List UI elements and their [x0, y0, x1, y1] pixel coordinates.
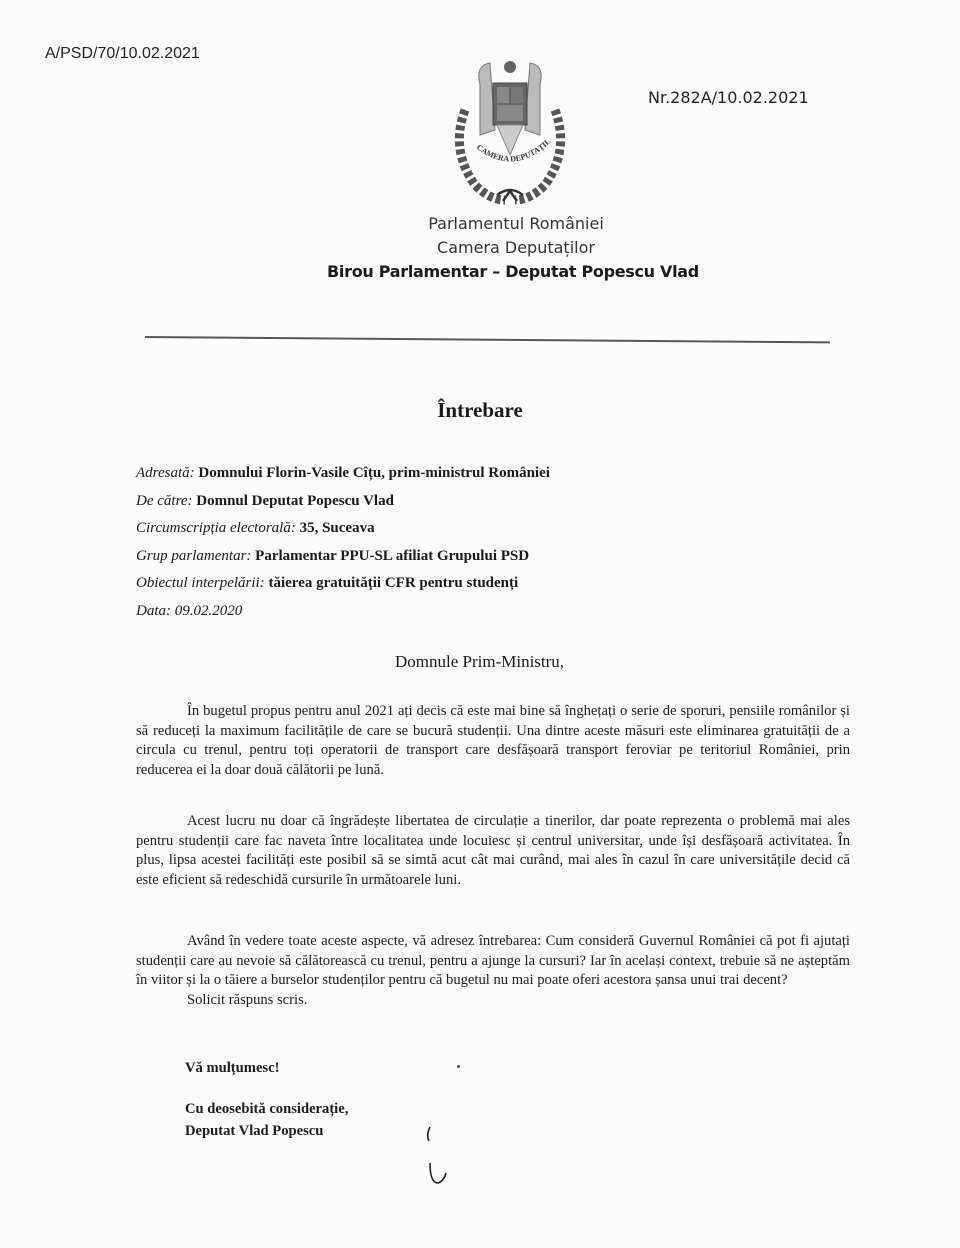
document-title: Întrebare — [0, 398, 960, 423]
document-page: A/PSD/70/10.02.2021 Nr.282A/10.02.2021 C… — [0, 0, 960, 1248]
handwritten-signature-icon — [418, 1115, 458, 1195]
body-paragraph: Având în vedere toate aceste aspecte, vă… — [136, 932, 850, 1010]
letterhead-chamber: Camera Deputaților — [232, 236, 800, 260]
letterhead: Parlamentul României Camera Deputaților … — [300, 212, 800, 284]
written-response-request: Solicit răspuns scris. — [136, 991, 850, 1011]
closing-formula: Cu deosebită considerație, — [185, 1098, 348, 1120]
letterhead-parliament: Parlamentul României — [232, 212, 800, 236]
meta-row-date: Data: 09.02.2020 — [136, 598, 550, 626]
registration-number-left: A/PSD/70/10.02.2021 — [45, 45, 200, 63]
ink-dot — [457, 1065, 460, 1068]
meta-row-group: Grup parlamentar: Parlamentar PPU-SL afi… — [136, 543, 550, 571]
signatory-name: Deputat Vlad Popescu — [185, 1120, 348, 1142]
meta-row-addressee: Adresată: Domnului Florin-Vasile Cîțu, p… — [136, 460, 550, 488]
meta-row-constituency: Circumscripția electorală: 35, Suceava — [136, 515, 550, 543]
camera-deputatilor-crest-icon: CAMERA DEPUTAȚILOR — [445, 55, 575, 210]
header-divider — [145, 336, 830, 343]
body-paragraph: În bugetul propus pentru anul 2021 ați d… — [136, 702, 850, 780]
body-paragraph: Acest lucru nu doar că îngrădește libert… — [136, 812, 850, 890]
question-metadata: Adresată: Domnului Florin-Vasile Cîțu, p… — [136, 460, 550, 625]
meta-row-subject: Obiectul interpelării: tăierea gratuităț… — [136, 570, 550, 598]
letterhead-office: Birou Parlamentar – Deputat Popescu Vlad — [226, 260, 800, 284]
meta-row-sender: De către: Domnul Deputat Popescu Vlad — [136, 488, 550, 516]
thanks-line: Vă mulțumesc! — [185, 1060, 279, 1077]
salutation: Domnule Prim-Ministru, — [395, 652, 564, 672]
closing-block: Cu deosebită considerație, Deputat Vlad … — [185, 1098, 348, 1142]
registration-number-right: Nr.282A/10.02.2021 — [648, 88, 809, 107]
